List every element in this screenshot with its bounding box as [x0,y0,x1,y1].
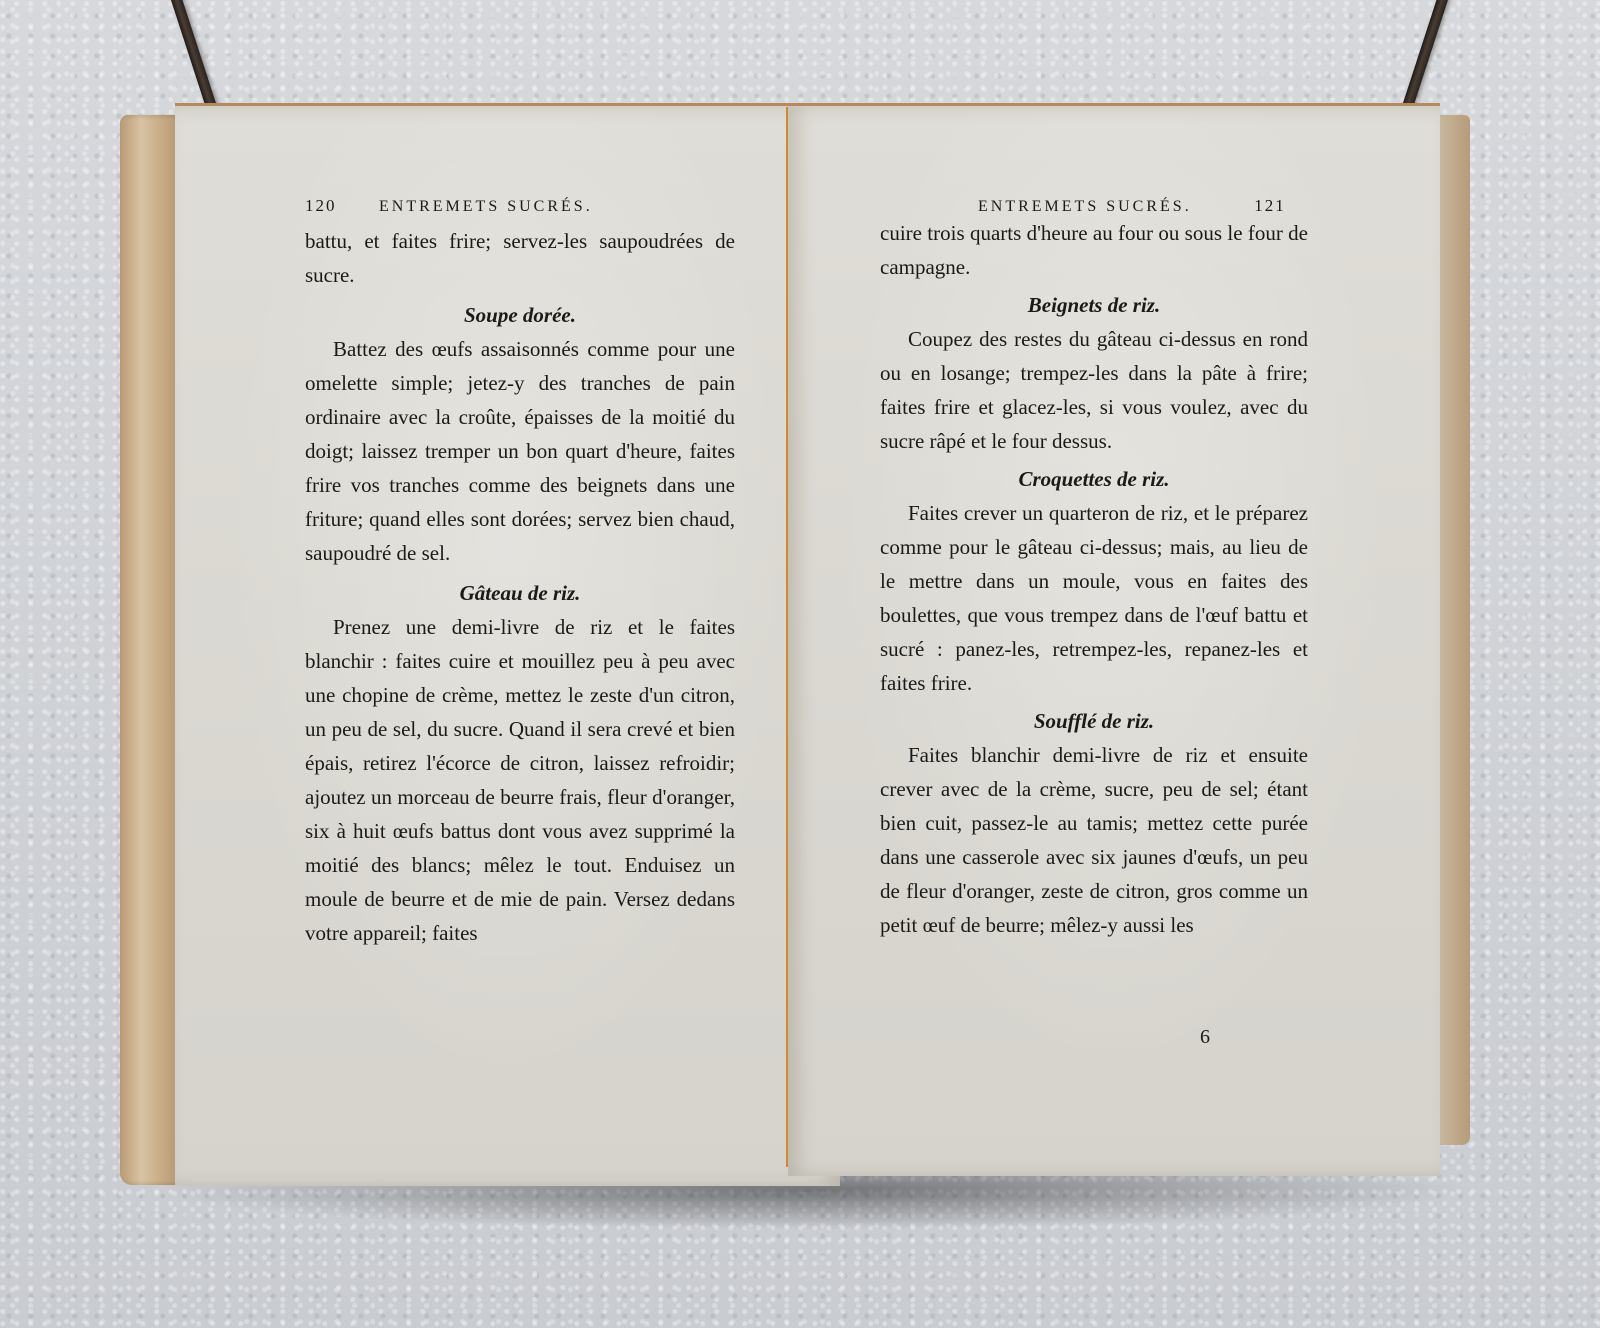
open-book: 120 ENTREMETS SUCRÉS. battu, et faites f… [120,95,1470,1215]
left-running-title: ENTREMETS SUCRÉS. [379,198,593,215]
right-running-title: ENTREMETS SUCRÉS. [978,198,1192,215]
right-running-head: ENTREMETS SUCRÉS. 121 [978,196,1286,216]
section-heading-beignets-de-riz: Beignets de riz. [880,288,1308,322]
right-page: ENTREMETS SUCRÉS. 121 cuire trois quarts… [788,103,1440,1176]
section-body-soupe-doree: Battez des œufs assaisonnés comme pour u… [305,332,735,570]
section-heading-gateau-de-riz: Gâteau de riz. [305,576,735,610]
right-text-block: cuire trois quarts d'heure au four ou so… [880,216,1308,942]
section-body-gateau-de-riz: Prenez une demi-livre de riz et le faite… [305,610,735,950]
left-page: 120 ENTREMETS SUCRÉS. battu, et faites f… [175,103,840,1186]
right-continued-text: cuire trois quarts d'heure au four ou so… [880,216,1308,284]
right-page-number: 121 [1254,196,1286,215]
left-continued-text: battu, et faites frire; servez-les saupo… [305,224,735,292]
section-body-croquettes-de-riz: Faites crever un quarteron de riz, et le… [880,496,1308,700]
section-heading-soupe-doree: Soupe dorée. [305,298,735,332]
section-heading-croquettes-de-riz: Croquettes de riz. [880,462,1308,496]
left-text-block: battu, et faites frire; servez-les saupo… [305,224,735,950]
signature-mark: 6 [1200,1026,1210,1049]
left-running-head: 120 ENTREMETS SUCRÉS. [305,196,593,216]
left-page-number: 120 [305,196,337,215]
section-heading-souffle-de-riz: Soufflé de riz. [880,704,1308,738]
section-body-beignets-de-riz: Coupez des restes du gâteau ci-dessus en… [880,322,1308,458]
section-body-souffle-de-riz: Faites blanchir demi-livre de riz et ens… [880,738,1308,942]
